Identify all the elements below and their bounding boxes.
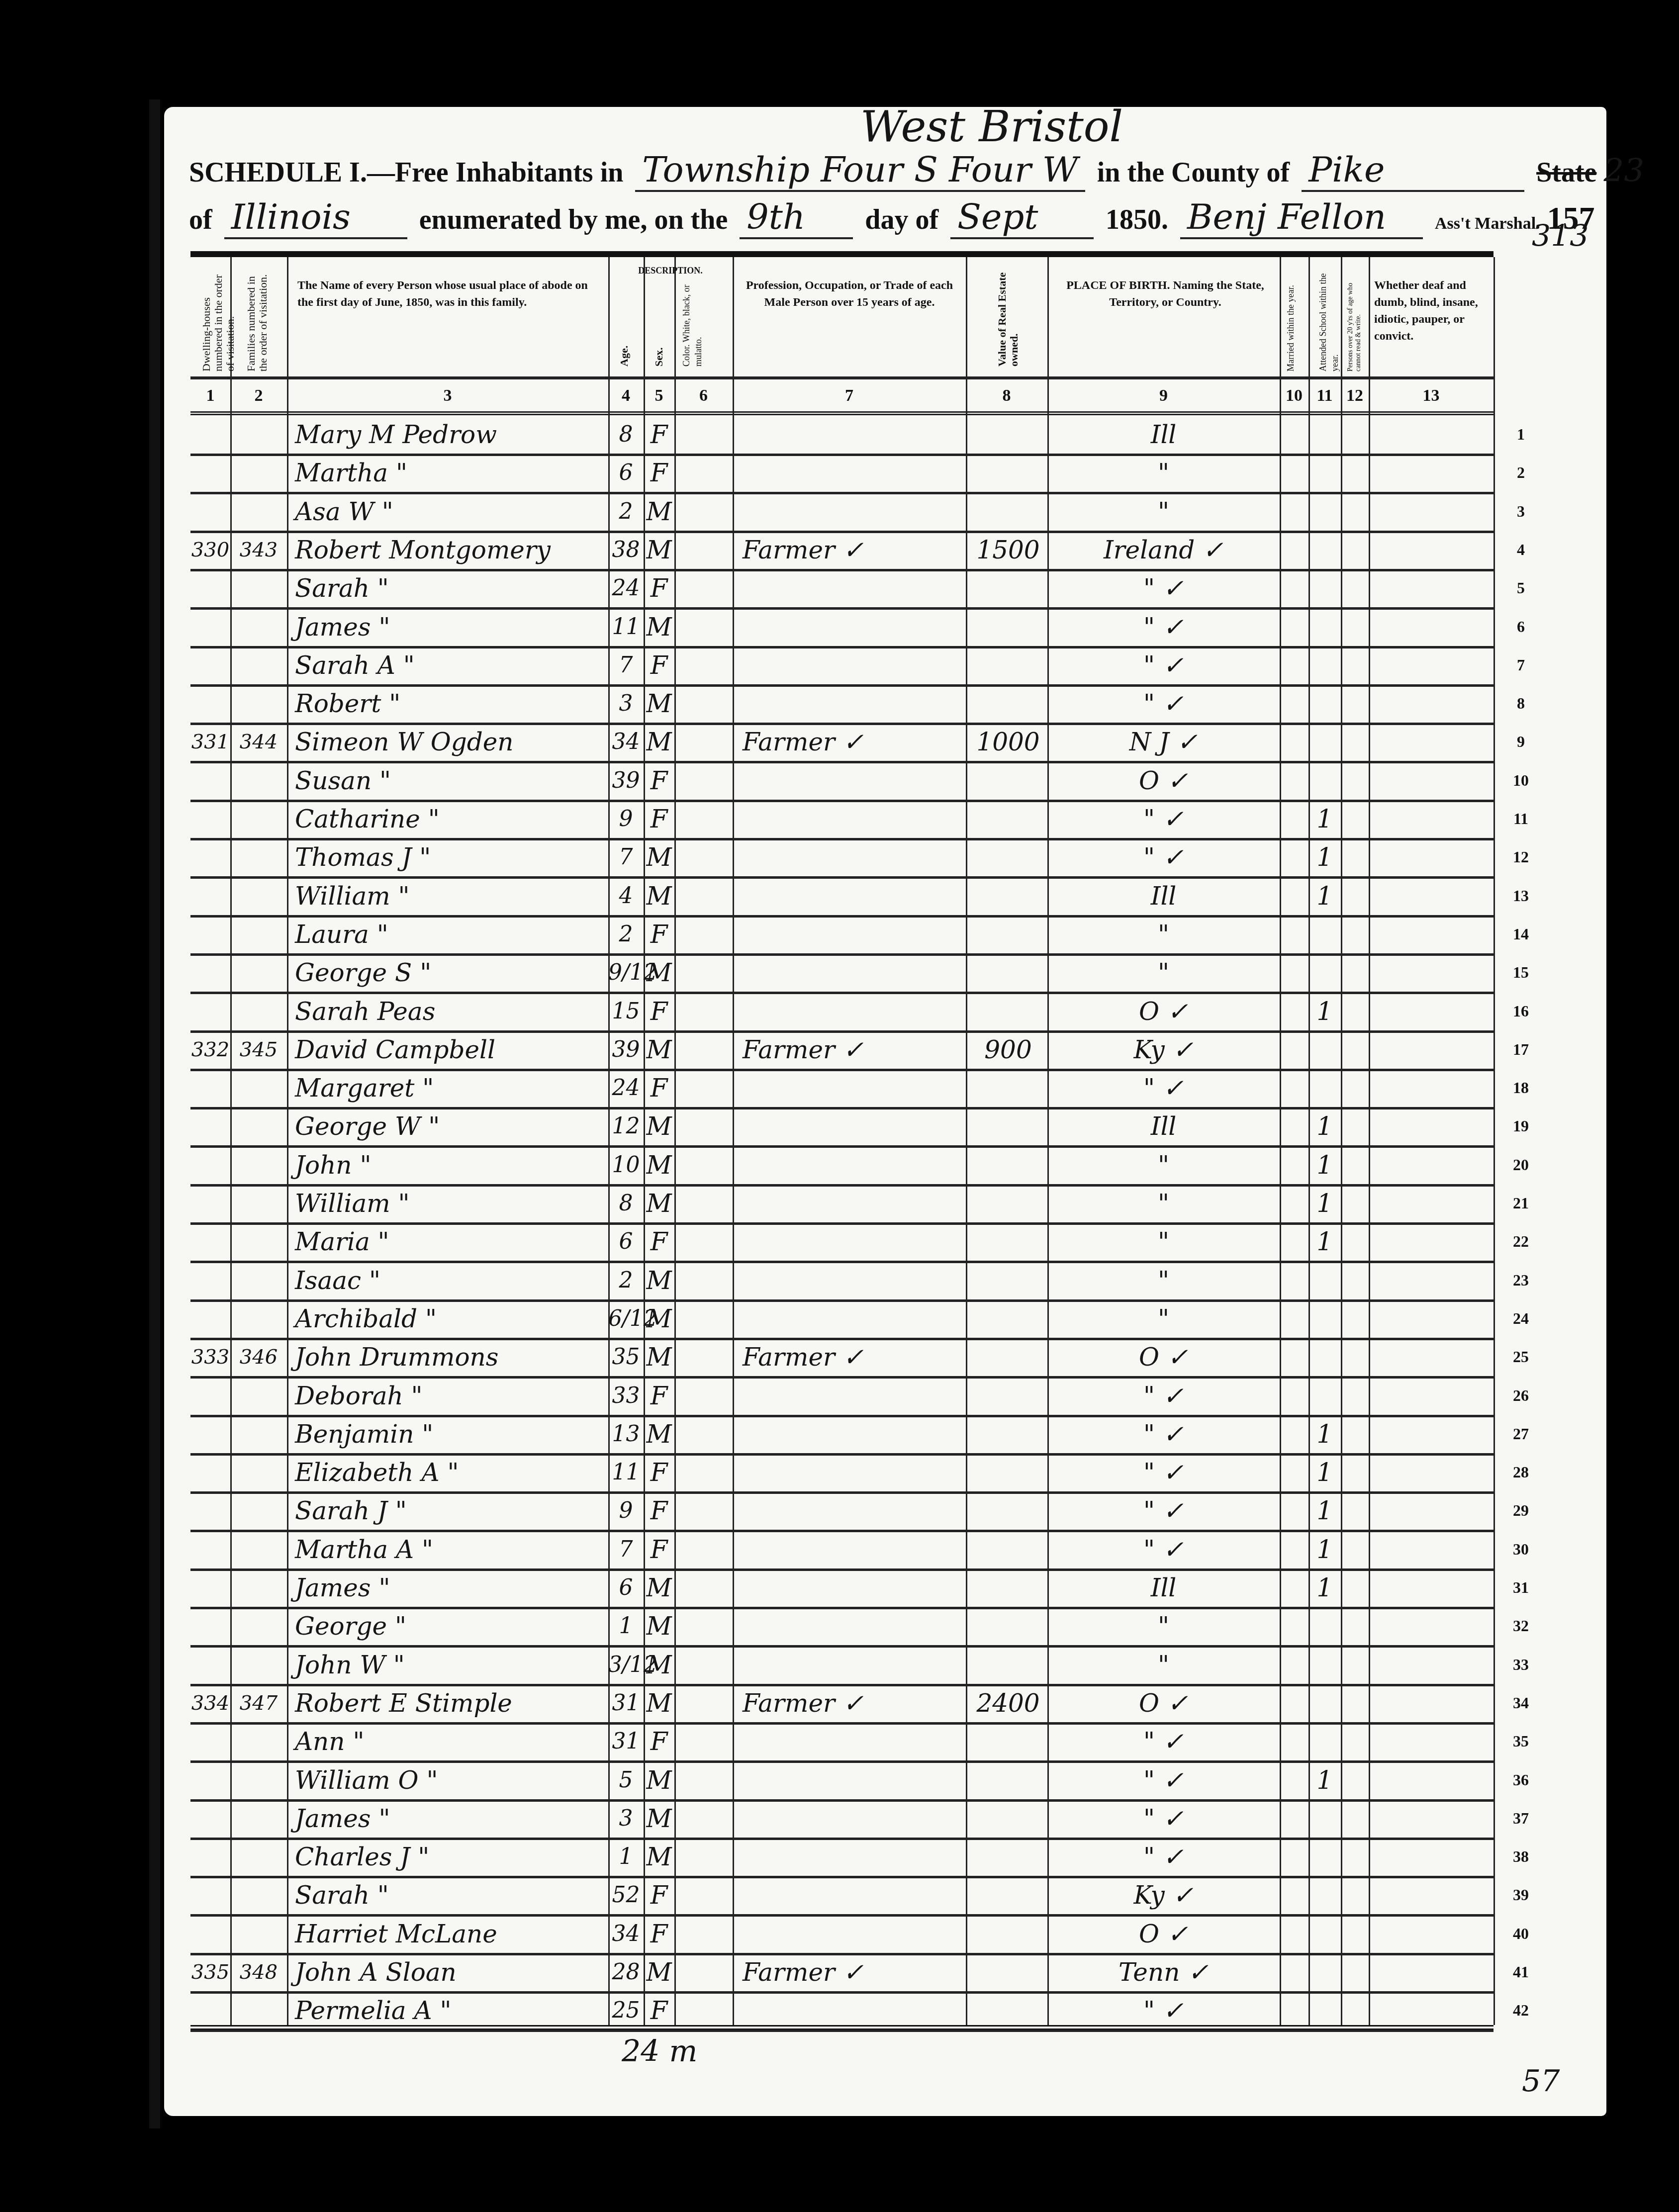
sex-cell: M xyxy=(644,881,674,911)
enumeration-line: of Illinois enumerated by me, on the 9th… xyxy=(189,196,1595,239)
age-cell: 28 xyxy=(608,1957,644,1987)
attended-school-cell: 1 xyxy=(1308,1189,1341,1218)
attended-school-cell: 1 xyxy=(1308,997,1341,1026)
line-number: 26 xyxy=(1503,1386,1538,1405)
family-number-cell: 347 xyxy=(230,1688,287,1718)
table-row: Asa W "2M"3 xyxy=(190,492,1493,533)
age-cell: 52 xyxy=(608,1880,644,1910)
person-name-cell: George S " xyxy=(295,958,608,988)
dwelling-number-cell: 332 xyxy=(190,1035,230,1065)
sex-cell: M xyxy=(644,612,674,642)
line-number: 4 xyxy=(1503,541,1538,559)
table-row: Robert "3M" ✓8 xyxy=(190,684,1493,725)
col-number: 9 xyxy=(1047,386,1280,405)
sex-cell: M xyxy=(644,1342,674,1372)
line-number: 32 xyxy=(1503,1617,1538,1635)
line-number: 21 xyxy=(1503,1194,1538,1212)
district-heading: West Bristol xyxy=(860,102,1123,152)
birthplace-cell: Ireland ✓ xyxy=(1047,535,1280,565)
table-row: Elizabeth A "11F" ✓128 xyxy=(190,1453,1493,1494)
table-row: 332345David Campbell39MFarmer ✓900Ky ✓17 xyxy=(190,1030,1493,1071)
person-name-cell: David Campbell xyxy=(295,1035,608,1065)
line-number: 13 xyxy=(1503,887,1538,905)
person-name-cell: Sarah J " xyxy=(295,1496,608,1526)
col12-header: Persons over 20 y'rs of age who cannot r… xyxy=(1347,267,1363,371)
line-number: 29 xyxy=(1503,1501,1538,1520)
birthplace-cell: " ✓ xyxy=(1047,573,1280,603)
birthplace-cell: " ✓ xyxy=(1047,650,1280,680)
line-number: 18 xyxy=(1503,1079,1538,1097)
age-cell: 11 xyxy=(608,1458,644,1487)
age-cell: 2 xyxy=(608,1266,644,1295)
schedule-title-line: SCHEDULE I.—Free Inhabitants in Township… xyxy=(189,149,1644,192)
person-name-cell: John Drummons xyxy=(295,1342,608,1372)
col-number: 10 xyxy=(1280,386,1308,405)
line-number: 22 xyxy=(1503,1232,1538,1251)
corner-mark: 23 xyxy=(1603,153,1644,189)
birthplace-cell: O ✓ xyxy=(1047,1919,1280,1949)
col5-header: Sex. xyxy=(653,322,665,367)
occupation-cell: Farmer ✓ xyxy=(743,1957,966,1987)
birthplace-cell: " xyxy=(1047,1650,1280,1680)
col-number: 12 xyxy=(1341,386,1369,405)
real-estate-value-cell: 2400 xyxy=(969,1688,1047,1718)
table-row: William O "5M" ✓136 xyxy=(190,1761,1493,1802)
dwelling-number-cell: 334 xyxy=(190,1688,230,1718)
sex-cell: M xyxy=(644,497,674,527)
attended-school-cell: 1 xyxy=(1308,1419,1341,1449)
table-row: 333346John Drummons35MFarmer ✓O ✓25 xyxy=(190,1338,1493,1379)
line-number: 35 xyxy=(1503,1732,1538,1751)
birthplace-cell: " xyxy=(1047,958,1280,988)
person-name-cell: John W " xyxy=(295,1650,608,1680)
sex-cell: M xyxy=(644,1842,674,1872)
person-name-cell: Benjamin " xyxy=(295,1419,608,1449)
line-number: 34 xyxy=(1503,1694,1538,1712)
attended-school-cell: 1 xyxy=(1308,1111,1341,1141)
age-cell: 24 xyxy=(608,573,644,603)
schedule-title: SCHEDULE I.—Free Inhabitants in xyxy=(189,157,623,188)
sex-cell: M xyxy=(644,1804,674,1834)
age-cell: 7 xyxy=(608,842,644,872)
family-number-cell: 344 xyxy=(230,727,287,757)
age-cell: 33 xyxy=(608,1381,644,1411)
age-cell: 2 xyxy=(608,920,644,949)
age-cell: 3/12 xyxy=(608,1650,644,1680)
birthplace-cell: " ✓ xyxy=(1047,804,1280,834)
county-field: Pike xyxy=(1302,149,1524,192)
table-row: Margaret "24F" ✓18 xyxy=(190,1069,1493,1109)
table-row: John W "3/12M"33 xyxy=(190,1646,1493,1686)
age-cell: 11 xyxy=(608,612,644,642)
age-cell: 15 xyxy=(608,997,644,1026)
person-name-cell: George " xyxy=(295,1611,608,1641)
line-number: 41 xyxy=(1503,1963,1538,1981)
col4-header: Age. xyxy=(618,322,630,367)
col10-header: Married within the year. xyxy=(1285,267,1297,371)
table-row: 331344Simeon W Ogden34MFarmer ✓1000N J ✓… xyxy=(190,723,1493,763)
attended-school-cell: 1 xyxy=(1308,1573,1341,1603)
person-name-cell: Harriet McLane xyxy=(295,1919,608,1949)
header-rule xyxy=(190,411,1493,415)
line-number: 7 xyxy=(1503,656,1538,674)
birthplace-cell: " xyxy=(1047,1266,1280,1295)
person-name-cell: Ann " xyxy=(295,1727,608,1756)
age-cell: 39 xyxy=(608,1035,644,1065)
person-name-cell: Sarah A " xyxy=(295,650,608,680)
sex-cell: M xyxy=(644,1688,674,1718)
occupation-cell: Farmer ✓ xyxy=(743,535,966,565)
description-header: DESCRIPTION. xyxy=(608,262,733,279)
table-row: Deborah "33F" ✓26 xyxy=(190,1377,1493,1417)
birthplace-cell: " ✓ xyxy=(1047,1073,1280,1103)
birthplace-cell: " ✓ xyxy=(1047,1535,1280,1565)
age-cell: 1 xyxy=(608,1842,644,1872)
line-number: 16 xyxy=(1503,1002,1538,1020)
person-name-cell: Robert Montgomery xyxy=(295,535,608,565)
col-number: 5 xyxy=(644,386,674,405)
person-name-cell: Asa W " xyxy=(295,497,608,527)
family-number-cell: 343 xyxy=(230,535,287,565)
dwelling-number-cell: 330 xyxy=(190,535,230,565)
table-row: Isaac "2M"23 xyxy=(190,1261,1493,1302)
census-table: Dwelling-houses numbered in the order of… xyxy=(190,251,1493,2030)
age-cell: 2 xyxy=(608,497,644,527)
person-name-cell: James " xyxy=(295,1804,608,1834)
sex-cell: M xyxy=(644,1111,674,1141)
age-cell: 10 xyxy=(608,1150,644,1180)
age-cell: 6/12 xyxy=(608,1304,644,1334)
person-name-cell: George W " xyxy=(295,1111,608,1141)
attended-school-cell: 1 xyxy=(1308,1458,1341,1487)
table-row: James "6MIll131 xyxy=(190,1568,1493,1609)
birthplace-cell: " xyxy=(1047,1189,1280,1218)
person-name-cell: Martha A " xyxy=(295,1535,608,1565)
person-name-cell: Archibald " xyxy=(295,1304,608,1334)
age-cell: 25 xyxy=(608,1996,644,2026)
sex-cell: F xyxy=(644,1073,674,1103)
col9-header: PLACE OF BIRTH. Naming the State, Territ… xyxy=(1056,277,1275,311)
birthplace-cell: Tenn ✓ xyxy=(1047,1957,1280,1987)
line-number: 40 xyxy=(1503,1925,1538,1943)
line-number: 42 xyxy=(1503,2001,1538,2020)
age-cell: 1 xyxy=(608,1611,644,1641)
sex-cell: F xyxy=(644,920,674,949)
table-row: William "8M"121 xyxy=(190,1184,1493,1225)
table-row: Archibald "6/12M"24 xyxy=(190,1299,1493,1340)
table-row: George W "12MIll119 xyxy=(190,1107,1493,1148)
state-field: Illinois xyxy=(224,196,407,239)
line-number: 8 xyxy=(1503,694,1538,713)
birthplace-cell: Ill xyxy=(1047,881,1280,911)
sex-cell: F xyxy=(644,1880,674,1910)
table-row: Sarah J "9F" ✓129 xyxy=(190,1491,1493,1532)
sex-cell: M xyxy=(644,842,674,872)
sex-cell: M xyxy=(644,1035,674,1065)
sex-cell: F xyxy=(644,650,674,680)
table-row: Ann "31F" ✓35 xyxy=(190,1722,1493,1763)
birthplace-cell: " xyxy=(1047,1150,1280,1180)
birthplace-cell: " xyxy=(1047,1611,1280,1641)
table-row: Martha A "7F" ✓130 xyxy=(190,1530,1493,1571)
table-row: George "1M"32 xyxy=(190,1607,1493,1648)
sex-cell: M xyxy=(644,1419,674,1449)
col-number: 7 xyxy=(733,386,966,405)
person-name-cell: Deborah " xyxy=(295,1381,608,1411)
line-number: 39 xyxy=(1503,1886,1538,1904)
person-name-cell: Robert " xyxy=(295,689,608,719)
col-number: 6 xyxy=(674,386,733,405)
person-name-cell: Susan " xyxy=(295,766,608,796)
table-row: 335348John A Sloan28MFarmer ✓Tenn ✓41 xyxy=(190,1953,1493,1994)
birthplace-cell: O ✓ xyxy=(1047,997,1280,1026)
col7-header: Profession, Occupation, or Trade of each… xyxy=(738,277,961,311)
birthplace-cell: " ✓ xyxy=(1047,612,1280,642)
attended-school-cell: 1 xyxy=(1308,842,1341,872)
person-name-cell: John A Sloan xyxy=(295,1957,608,1987)
birthplace-cell: O ✓ xyxy=(1047,1688,1280,1718)
table-row: Sarah "24F" ✓5 xyxy=(190,569,1493,610)
age-cell: 34 xyxy=(608,727,644,757)
line-number: 14 xyxy=(1503,925,1538,943)
table-row: Sarah "52FKy ✓39 xyxy=(190,1876,1493,1917)
dwelling-number-cell: 331 xyxy=(190,727,230,757)
col-number: 4 xyxy=(608,386,644,405)
sex-cell: F xyxy=(644,1919,674,1949)
line-number: 10 xyxy=(1503,771,1538,790)
person-name-cell: Isaac " xyxy=(295,1266,608,1295)
table-row: Permelia A "25F" ✓42 xyxy=(190,1991,1493,2032)
birthplace-cell: " xyxy=(1047,458,1280,488)
sex-cell: F xyxy=(644,458,674,488)
birthplace-cell: Ky ✓ xyxy=(1047,1035,1280,1065)
table-row: 330343Robert Montgomery38MFarmer ✓1500Ir… xyxy=(190,531,1493,571)
of-label: of xyxy=(189,204,212,235)
col-number: 3 xyxy=(287,386,608,405)
age-cell: 24 xyxy=(608,1073,644,1103)
table-row: George S "9/12M"15 xyxy=(190,953,1493,994)
birthplace-cell: " ✓ xyxy=(1047,1996,1280,2026)
person-name-cell: Elizabeth A " xyxy=(295,1458,608,1487)
table-row: Sarah A "7F" ✓7 xyxy=(190,646,1493,687)
age-cell: 7 xyxy=(608,650,644,680)
col6-header: Color. White, black, or mulatto. xyxy=(680,282,704,367)
birthplace-cell: Ill xyxy=(1047,420,1280,450)
birthplace-cell: " xyxy=(1047,1227,1280,1257)
birthplace-cell: " xyxy=(1047,920,1280,949)
sex-cell: M xyxy=(644,1650,674,1680)
attended-school-cell: 1 xyxy=(1308,1765,1341,1795)
sex-cell: F xyxy=(644,1996,674,2026)
person-name-cell: William O " xyxy=(295,1765,608,1795)
line-number: 2 xyxy=(1503,463,1538,482)
sex-cell: M xyxy=(644,1150,674,1180)
sex-cell: M xyxy=(644,1765,674,1795)
table-row: Laura "2F"14 xyxy=(190,915,1493,956)
person-name-cell: Sarah " xyxy=(295,573,608,603)
attended-school-cell: 1 xyxy=(1308,1150,1341,1180)
sex-cell: M xyxy=(644,727,674,757)
table-row: Susan "39FO ✓10 xyxy=(190,761,1493,802)
month-field: Sept xyxy=(950,196,1094,239)
birthplace-cell: " ✓ xyxy=(1047,1381,1280,1411)
col-number: 11 xyxy=(1308,386,1341,405)
sex-cell: M xyxy=(644,958,674,988)
real-estate-value-cell: 900 xyxy=(969,1035,1047,1065)
age-cell: 34 xyxy=(608,1919,644,1949)
line-number: 17 xyxy=(1503,1040,1538,1059)
age-cell: 35 xyxy=(608,1342,644,1372)
birthplace-cell: " xyxy=(1047,1304,1280,1334)
age-cell: 13 xyxy=(608,1419,644,1449)
family-number-cell: 345 xyxy=(230,1035,287,1065)
person-name-cell: John " xyxy=(295,1150,608,1180)
table-row: James "11M" ✓6 xyxy=(190,608,1493,648)
line-number: 19 xyxy=(1503,1117,1538,1135)
birthplace-cell: " ✓ xyxy=(1047,1496,1280,1526)
age-cell: 4 xyxy=(608,881,644,911)
age-cell: 12 xyxy=(608,1111,644,1141)
age-cell: 9 xyxy=(608,1496,644,1526)
sex-cell: F xyxy=(644,1727,674,1756)
col11-header: Attended School within the year. xyxy=(1317,267,1341,371)
age-cell: 6 xyxy=(608,458,644,488)
age-cell: 8 xyxy=(608,420,644,450)
birthplace-cell: " ✓ xyxy=(1047,1458,1280,1487)
table-row: Mary M Pedrow8FIll1 xyxy=(190,415,1493,456)
table-row: Thomas J "7M" ✓112 xyxy=(190,838,1493,879)
sex-cell: F xyxy=(644,804,674,834)
col-number: 2 xyxy=(230,386,287,405)
footer-page-number: 57 xyxy=(1522,2064,1560,2099)
sex-cell: F xyxy=(644,573,674,603)
year-label: 1850. xyxy=(1106,204,1168,235)
real-estate-value-cell: 1000 xyxy=(969,727,1047,757)
col-number: 13 xyxy=(1369,386,1493,405)
family-number-cell: 346 xyxy=(230,1342,287,1372)
sex-cell: F xyxy=(644,766,674,796)
sex-cell: F xyxy=(644,1535,674,1565)
person-name-cell: Robert E Stimple xyxy=(295,1688,608,1718)
person-name-cell: William " xyxy=(295,881,608,911)
sex-cell: F xyxy=(644,1496,674,1526)
col1-header: Dwelling-houses numbered in the order of… xyxy=(200,267,236,371)
line-number: 3 xyxy=(1503,502,1538,521)
table-row: Catharine "9F" ✓111 xyxy=(190,800,1493,840)
real-estate-value-cell: 1500 xyxy=(969,535,1047,565)
footer-note: 24 m xyxy=(622,2034,697,2069)
person-name-cell: Maria " xyxy=(295,1227,608,1257)
age-cell: 5 xyxy=(608,1765,644,1795)
marshal-field: Benj Fellon xyxy=(1180,196,1423,239)
line-number: 30 xyxy=(1503,1540,1538,1559)
birthplace-cell: " ✓ xyxy=(1047,842,1280,872)
birthplace-cell: " ✓ xyxy=(1047,1765,1280,1795)
state-label: State xyxy=(1536,157,1596,188)
sex-cell: M xyxy=(644,1957,674,1987)
marshal-label: Ass't Marshal. xyxy=(1435,214,1540,233)
line-number: 1 xyxy=(1503,425,1538,444)
line-number: 25 xyxy=(1503,1348,1538,1366)
person-name-cell: Margaret " xyxy=(295,1073,608,1103)
person-name-cell: Mary M Pedrow xyxy=(295,420,608,450)
sex-cell: F xyxy=(644,1458,674,1487)
age-cell: 9/12 xyxy=(608,958,644,988)
sex-cell: F xyxy=(644,1381,674,1411)
line-number: 24 xyxy=(1503,1309,1538,1328)
line-number: 36 xyxy=(1503,1771,1538,1789)
occupation-cell: Farmer ✓ xyxy=(743,1035,966,1065)
age-cell: 39 xyxy=(608,766,644,796)
sex-cell: F xyxy=(644,997,674,1026)
sex-cell: F xyxy=(644,420,674,450)
table-row: Maria "6F"122 xyxy=(190,1222,1493,1263)
age-cell: 6 xyxy=(608,1573,644,1603)
line-number: 6 xyxy=(1503,618,1538,636)
dwelling-number-cell: 335 xyxy=(190,1957,230,1987)
birthplace-cell: O ✓ xyxy=(1047,1342,1280,1372)
sex-cell: M xyxy=(644,1266,674,1295)
line-number: 23 xyxy=(1503,1271,1538,1290)
col-number: 1 xyxy=(190,386,230,405)
line-number: 20 xyxy=(1503,1156,1538,1174)
table-row: 334347Robert E Stimple31MFarmer ✓2400O ✓… xyxy=(190,1684,1493,1725)
enumerated-label: enumerated by me, on the xyxy=(419,204,728,235)
birthplace-cell: Ky ✓ xyxy=(1047,1880,1280,1910)
attended-school-cell: 1 xyxy=(1308,881,1341,911)
line-number: 15 xyxy=(1503,963,1538,982)
person-name-cell: Thomas J " xyxy=(295,842,608,872)
person-name-cell: Sarah " xyxy=(295,1880,608,1910)
dwelling-number-cell: 333 xyxy=(190,1342,230,1372)
birthplace-cell: " ✓ xyxy=(1047,1804,1280,1834)
day-of-label: day of xyxy=(865,204,938,235)
birthplace-cell: " ✓ xyxy=(1047,1419,1280,1449)
age-cell: 31 xyxy=(608,1688,644,1718)
age-cell: 6 xyxy=(608,1227,644,1257)
sex-cell: M xyxy=(644,1573,674,1603)
birthplace-cell: O ✓ xyxy=(1047,766,1280,796)
age-cell: 3 xyxy=(608,1804,644,1834)
county-label: in the County of xyxy=(1097,157,1290,188)
person-name-cell: James " xyxy=(295,1573,608,1603)
birthplace-cell: " xyxy=(1047,497,1280,527)
header-rule xyxy=(190,376,1493,379)
sex-cell: F xyxy=(644,1227,674,1257)
line-number: 11 xyxy=(1503,810,1538,828)
page-stamp: 313 xyxy=(1532,219,1589,254)
table-row: Martha "6F"2 xyxy=(190,454,1493,494)
scan-binding-edge xyxy=(149,99,160,2128)
line-number: 5 xyxy=(1503,579,1538,597)
person-name-cell: William " xyxy=(295,1189,608,1218)
township-field: Township Four S Four W xyxy=(635,149,1085,192)
person-name-cell: Catharine " xyxy=(295,804,608,834)
line-number: 38 xyxy=(1503,1847,1538,1866)
sex-cell: M xyxy=(644,1304,674,1334)
table-row: Charles J "1M" ✓38 xyxy=(190,1838,1493,1878)
age-cell: 31 xyxy=(608,1727,644,1756)
col-divider xyxy=(1493,257,1495,2025)
person-name-cell: Sarah Peas xyxy=(295,997,608,1026)
birthplace-cell: Ill xyxy=(1047,1111,1280,1141)
table-row: Sarah Peas15FO ✓116 xyxy=(190,992,1493,1033)
line-number: 33 xyxy=(1503,1656,1538,1674)
person-name-cell: Permelia A " xyxy=(295,1996,608,2026)
person-name-cell: Simeon W Ogden xyxy=(295,727,608,757)
table-row: Benjamin "13M" ✓127 xyxy=(190,1415,1493,1456)
birthplace-cell: " ✓ xyxy=(1047,689,1280,719)
